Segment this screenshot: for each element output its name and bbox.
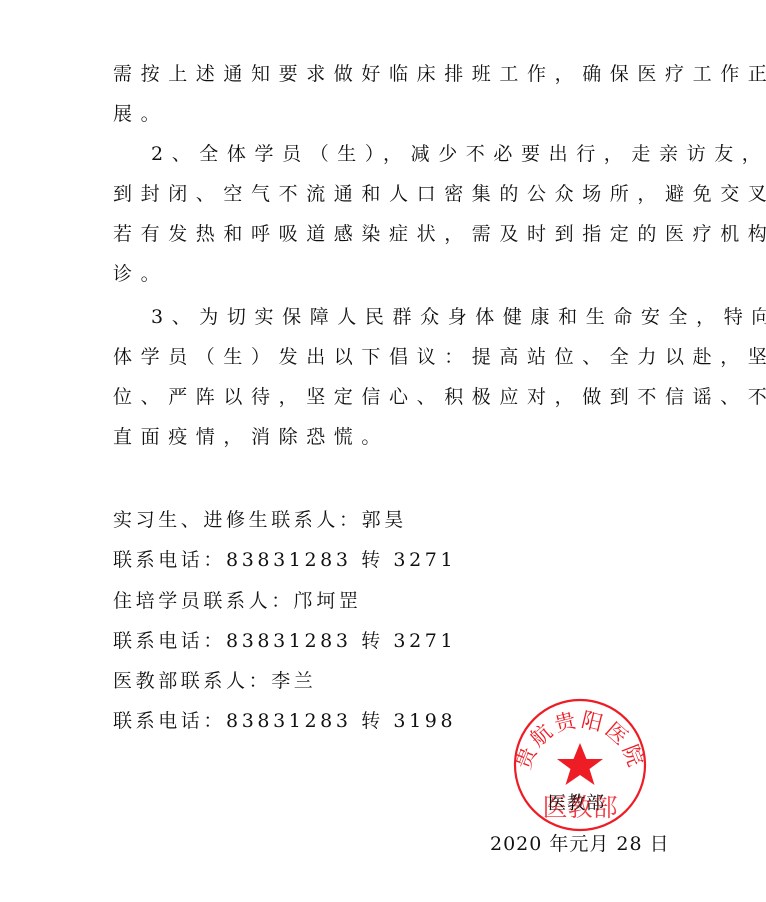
- contact-phone: 联系电话：83831283 转 3271: [113, 629, 456, 653]
- paragraph-line: 到封闭、空气不流通和人口密集的公众场所，避免交叉感染，: [113, 182, 766, 206]
- contact-person-residents: 住培学员联系人：邝坷罡: [113, 589, 362, 613]
- contact-phone: 联系电话：83831283 转 3198: [113, 709, 456, 733]
- paragraph-line: 诊。: [113, 262, 168, 286]
- contact-person-interns: 实习生、进修生联系人：郭昊: [113, 508, 407, 532]
- paragraph-line: 若有发热和呼吸道感染症状，需及时到指定的医疗机构就: [113, 222, 766, 246]
- paragraph-line: 直面疫情，消除恐慌。: [113, 425, 389, 449]
- signature-date: 2020 年元月 28 日: [490, 829, 670, 856]
- paragraph-line: 需按上述通知要求做好临床排班工作，确保医疗工作正常开: [113, 62, 766, 86]
- contact-person-department: 医教部联系人：李兰: [113, 669, 316, 693]
- contact-phone: 联系电话：83831283 转 3271: [113, 548, 456, 572]
- paragraph-line: 位、严阵以待，坚定信心、积极应对，做到不信谣、不传谣，: [113, 385, 766, 409]
- document-page: 需按上述通知要求做好临床排班工作，确保医疗工作正常开 展。 2、全体学员（生），…: [0, 0, 766, 902]
- paragraph-line: 展。: [113, 102, 168, 126]
- paragraph-line: 3、为切实保障人民群众身体健康和生命安全，特向全: [151, 305, 766, 329]
- star-icon: [557, 743, 603, 785]
- paragraph-line: 体学员（生）发出以下倡议：提高站位、全力以赴，坚守岗: [113, 345, 766, 369]
- signature-department: 医教部: [548, 789, 605, 815]
- paragraph-line: 2、全体学员（生），减少不必要出行，走亲访友，拒绝: [151, 142, 766, 166]
